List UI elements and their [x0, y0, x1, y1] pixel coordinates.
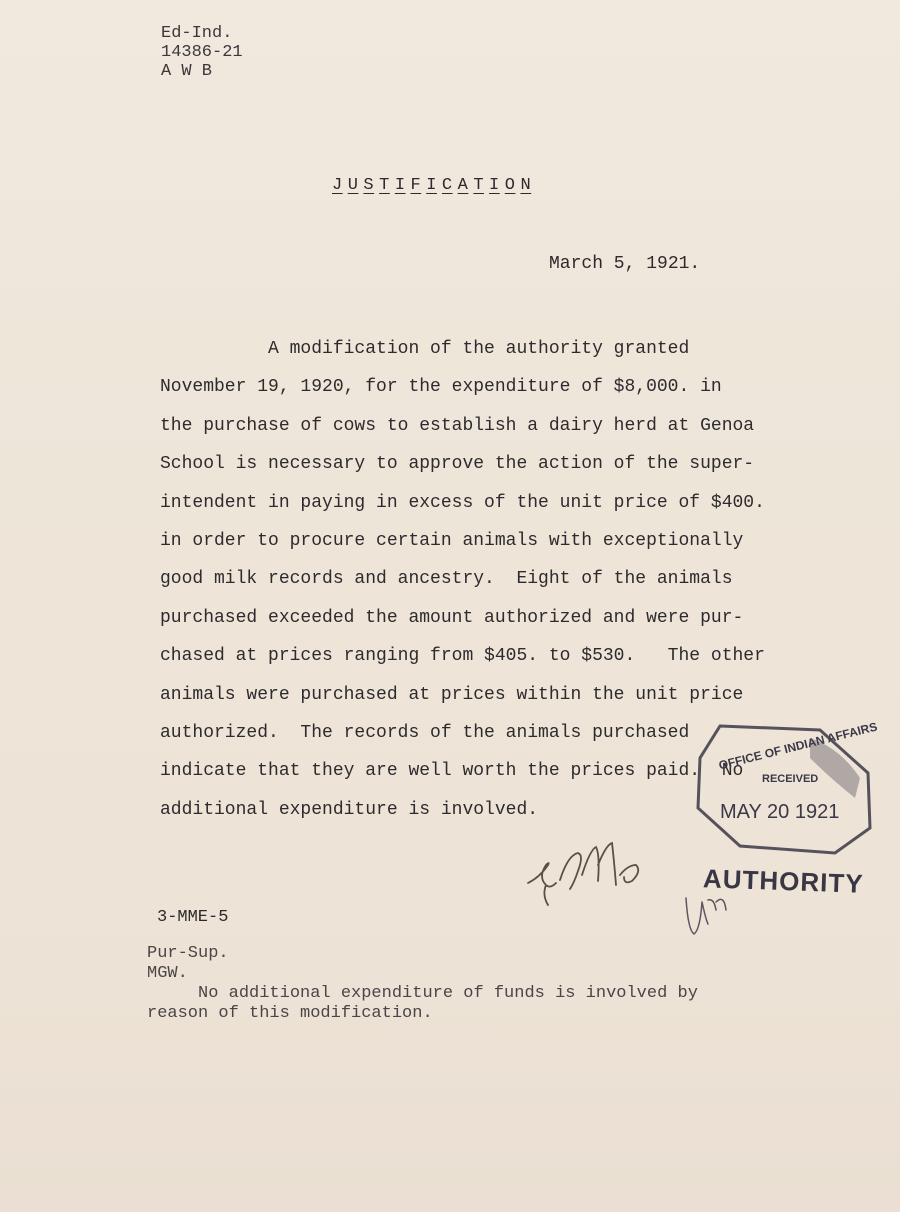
body-line: A modification of the authority granted: [160, 330, 820, 368]
title-letter: T: [379, 176, 390, 195]
title-letter: S: [363, 176, 374, 195]
body-line: intendent in paying in excess of the uni…: [160, 484, 820, 522]
body-line: November 19, 1920, for the expenditure o…: [160, 368, 820, 406]
body-line: School is necessary to approve the actio…: [160, 445, 820, 483]
title-letter: O: [505, 176, 516, 195]
document-page: Ed-Ind. 14386-21 A W B JUSTIFICATION Mar…: [0, 0, 900, 1212]
title-letter: I: [489, 176, 500, 195]
title-letter: T: [473, 176, 484, 195]
body-line: chased at prices ranging from $405. to $…: [160, 637, 820, 675]
title-letter: U: [348, 176, 359, 195]
body-line: good milk records and ancestry. Eight of…: [160, 560, 820, 598]
body-line: animals were purchased at prices within …: [160, 676, 820, 714]
document-date: March 5, 1921.: [549, 254, 700, 274]
reference-code: 3-MME-5: [157, 908, 228, 927]
footer-note: Pur-Sup. MGW. No additional expenditure …: [147, 944, 698, 1024]
title-letter: J: [332, 176, 343, 195]
body-line: the purchase of cows to establish a dair…: [160, 407, 820, 445]
signature: [520, 835, 660, 915]
title-letter: A: [458, 176, 469, 195]
file-reference-block: Ed-Ind. 14386-21 A W B: [161, 24, 243, 81]
title-letter: C: [442, 176, 453, 195]
body-line: in order to procure certain animals with…: [160, 522, 820, 560]
footer-line: Pur-Sup.: [147, 944, 698, 964]
title-letter: F: [411, 176, 422, 195]
header-line: 14386-21: [161, 43, 243, 62]
footer-line: No additional expenditure of funds is in…: [147, 984, 698, 1004]
footer-line: reason of this modification.: [147, 1004, 698, 1024]
header-line: Ed-Ind.: [161, 24, 243, 43]
stamp-status-text: RECEIVED: [762, 773, 818, 785]
footer-line: MGW.: [147, 964, 698, 984]
title-letter: I: [395, 176, 406, 195]
title-letter: N: [520, 176, 531, 195]
stamp-date-text: MAY 20 1921: [720, 801, 839, 823]
received-stamp: OFFICE OF INDIAN AFFAIRS RECEIVED MAY 20…: [690, 718, 880, 863]
document-title: JUSTIFICATION: [332, 176, 536, 195]
header-line: A W B: [161, 62, 243, 81]
initials-mark: [680, 880, 740, 940]
body-line: purchased exceeded the amount authorized…: [160, 599, 820, 637]
title-letter: I: [426, 176, 437, 195]
